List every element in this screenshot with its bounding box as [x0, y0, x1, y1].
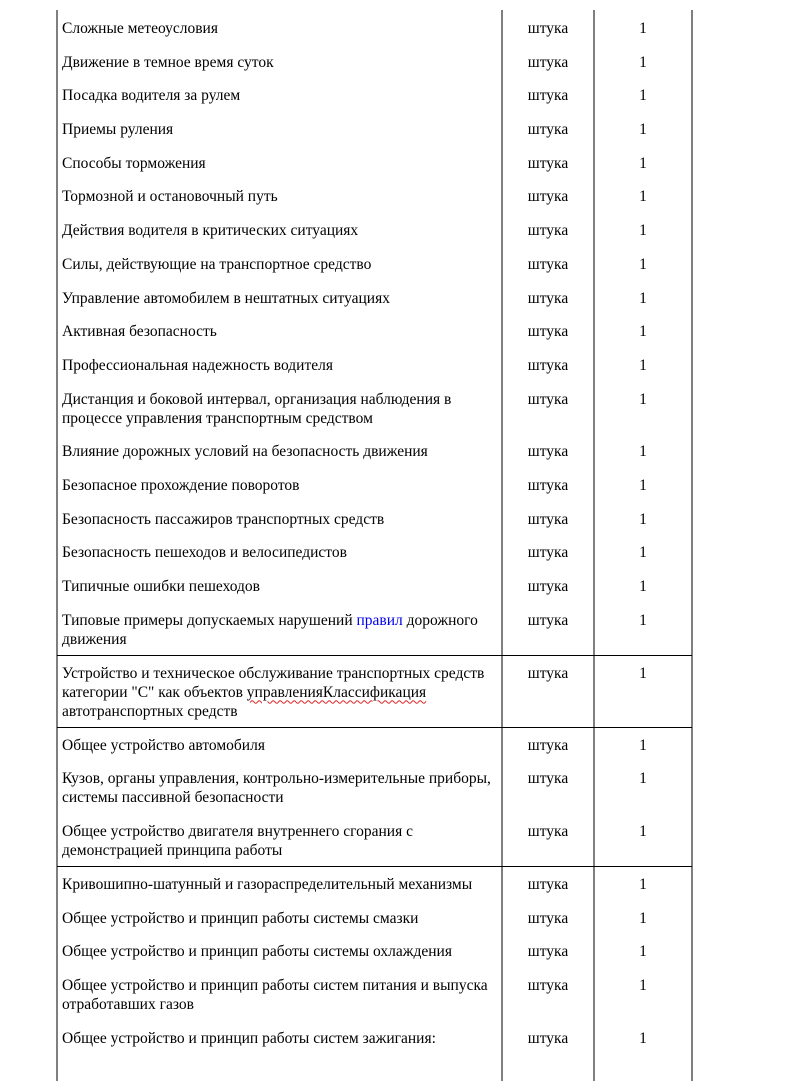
item-name-cell: Безопасность пассажиров транспортных сре… — [57, 510, 502, 529]
table-row: Общее устройство и принцип работы систем… — [57, 909, 692, 928]
item-name-cell: Типичные ошибки пешеходов — [57, 577, 502, 596]
table-group: Общее устройство автомобиляштука1Кузов, … — [57, 728, 692, 867]
unit-cell: штука — [502, 356, 594, 375]
quantity-cell: 1 — [594, 510, 692, 529]
item-name-text: автотранспортных средств — [62, 703, 238, 720]
table-row: Управление автомобилем в нештатных ситуа… — [57, 289, 692, 308]
item-name-cell: Движение в темное время суток — [57, 53, 502, 72]
table-row: Действия водителя в критических ситуация… — [57, 221, 692, 240]
quantity-cell: 1 — [594, 255, 692, 274]
quantity-cell: 1 — [594, 53, 692, 72]
item-name-cell: Общее устройство двигателя внутреннего с… — [57, 822, 502, 860]
table-row: Движение в темное время сутокштука1 — [57, 53, 692, 72]
quantity-cell: 1 — [594, 577, 692, 596]
unit-cell: штука — [502, 543, 594, 562]
unit-cell: штука — [502, 19, 594, 38]
unit-cell: штука — [502, 976, 594, 1014]
unit-cell: штука — [502, 86, 594, 105]
quantity-cell: 1 — [594, 822, 692, 860]
quantity-cell: 1 — [594, 356, 692, 375]
unit-cell: штука — [502, 822, 594, 860]
misspelled-word: управленияКлассификация — [247, 684, 426, 701]
table-row: Общее устройство двигателя внутреннего с… — [57, 822, 692, 860]
table-row: Общее устройство и принцип работы систем… — [57, 942, 692, 961]
table-row: Типичные ошибки пешеходовштука1 — [57, 577, 692, 596]
item-name-cell: Действия водителя в критических ситуация… — [57, 221, 502, 240]
table-row: Способы торможенияштука1 — [57, 154, 692, 173]
table-row: Общее устройство и принцип работы систем… — [57, 1029, 692, 1048]
unit-cell: штука — [502, 577, 594, 596]
quantity-cell: 1 — [594, 289, 692, 308]
table-group: Сложные метеоусловияштука1Движение в тем… — [57, 10, 692, 656]
item-name-cell: Силы, действующие на транспортное средст… — [57, 255, 502, 274]
table-row: Дистанция и боковой интервал, организаци… — [57, 390, 692, 428]
item-name-cell: Безопасность пешеходов и велосипедистов — [57, 543, 502, 562]
unit-cell: штука — [502, 476, 594, 495]
quantity-cell: 1 — [594, 611, 692, 649]
table-row: Силы, действующие на транспортное средст… — [57, 255, 692, 274]
quantity-cell: 1 — [594, 875, 692, 894]
unit-cell: штука — [502, 769, 594, 807]
unit-cell: штука — [502, 53, 594, 72]
table-row: Безопасность пассажиров транспортных сре… — [57, 510, 692, 529]
table-row: Безопасное прохождение поворотовштука1 — [57, 476, 692, 495]
item-name-cell: Посадка водителя за рулем — [57, 86, 502, 105]
quantity-cell: 1 — [594, 942, 692, 961]
equipment-table: Сложные метеоусловияштука1Движение в тем… — [57, 10, 692, 1054]
quantity-cell: 1 — [594, 769, 692, 807]
quantity-cell: 1 — [594, 120, 692, 139]
table-row: Тормозной и остановочный путьштука1 — [57, 187, 692, 206]
unit-cell: штука — [502, 221, 594, 240]
item-name-cell: Общее устройство и принцип работы систем… — [57, 976, 502, 1014]
quantity-cell: 1 — [594, 1029, 692, 1048]
quantity-cell: 1 — [594, 154, 692, 173]
item-name-cell: Безопасное прохождение поворотов — [57, 476, 502, 495]
quantity-cell: 1 — [594, 976, 692, 1014]
table-row: Общее устройство и принцип работы систем… — [57, 976, 692, 1014]
item-name-text: Типовые примеры допускаемых нарушений — [62, 612, 357, 629]
table-row: Профессиональная надежность водителяштук… — [57, 356, 692, 375]
unit-cell: штука — [502, 510, 594, 529]
table-row: Активная безопасностьштука1 — [57, 322, 692, 341]
item-name-cell: Приемы руления — [57, 120, 502, 139]
unit-cell: штука — [502, 611, 594, 649]
item-name-cell: Общее устройство автомобиля — [57, 736, 502, 755]
item-name-cell: Тормозной и остановочный путь — [57, 187, 502, 206]
unit-cell: штука — [502, 289, 594, 308]
unit-cell: штука — [502, 942, 594, 961]
quantity-cell: 1 — [594, 476, 692, 495]
table-row: Влияние дорожных условий на безопасность… — [57, 442, 692, 461]
item-name-cell: Дистанция и боковой интервал, организаци… — [57, 390, 502, 428]
quantity-cell: 1 — [594, 322, 692, 341]
table-row: Кривошипно-шатунный и газораспределитель… — [57, 875, 692, 894]
unit-cell: штука — [502, 322, 594, 341]
quantity-cell: 1 — [594, 442, 692, 461]
unit-cell: штука — [502, 664, 594, 721]
item-name-cell: Способы торможения — [57, 154, 502, 173]
table-group: Кривошипно-шатунный и газораспределитель… — [57, 867, 692, 1054]
unit-cell: штука — [502, 875, 594, 894]
table-row: Общее устройство автомобиляштука1 — [57, 736, 692, 755]
unit-cell: штука — [502, 442, 594, 461]
quantity-cell: 1 — [594, 909, 692, 928]
unit-cell: штука — [502, 120, 594, 139]
item-name-cell: Устройство и техническое обслуживание тр… — [57, 664, 502, 721]
quantity-cell: 1 — [594, 736, 692, 755]
item-name-cell: Управление автомобилем в нештатных ситуа… — [57, 289, 502, 308]
quantity-cell: 1 — [594, 664, 692, 721]
rules-link[interactable]: правил — [357, 612, 403, 629]
table-group: Устройство и техническое обслуживание тр… — [57, 656, 692, 728]
quantity-cell: 1 — [594, 543, 692, 562]
quantity-cell: 1 — [594, 390, 692, 428]
item-name-cell: Сложные метеоусловия — [57, 19, 502, 38]
table-row: Посадка водителя за рулемштука1 — [57, 86, 692, 105]
table-row: Устройство и техническое обслуживание тр… — [57, 664, 692, 721]
item-name-cell: Кривошипно-шатунный и газораспределитель… — [57, 875, 502, 894]
item-name-cell: Типовые примеры допускаемых нарушений пр… — [57, 611, 502, 649]
table-row: Кузов, органы управления, контрольно-изм… — [57, 769, 692, 807]
quantity-cell: 1 — [594, 86, 692, 105]
unit-cell: штука — [502, 187, 594, 206]
table-row: Типовые примеры допускаемых нарушений пр… — [57, 611, 692, 649]
unit-cell: штука — [502, 909, 594, 928]
item-name-cell: Общее устройство и принцип работы систем… — [57, 909, 502, 928]
item-name-cell: Общее устройство и принцип работы систем… — [57, 942, 502, 961]
table-row: Безопасность пешеходов и велосипедистовш… — [57, 543, 692, 562]
table-row: Сложные метеоусловияштука1 — [57, 19, 692, 38]
table-row: Приемы руленияштука1 — [57, 120, 692, 139]
item-name-cell: Влияние дорожных условий на безопасность… — [57, 442, 502, 461]
quantity-cell: 1 — [594, 19, 692, 38]
unit-cell: штука — [502, 736, 594, 755]
item-name-cell: Активная безопасность — [57, 322, 502, 341]
item-name-cell: Кузов, органы управления, контрольно-изм… — [57, 769, 502, 807]
item-name-cell: Общее устройство и принцип работы систем… — [57, 1029, 502, 1048]
quantity-cell: 1 — [594, 187, 692, 206]
quantity-cell: 1 — [594, 221, 692, 240]
unit-cell: штука — [502, 255, 594, 274]
unit-cell: штука — [502, 1029, 594, 1048]
unit-cell: штука — [502, 154, 594, 173]
item-name-cell: Профессиональная надежность водителя — [57, 356, 502, 375]
unit-cell: штука — [502, 390, 594, 428]
